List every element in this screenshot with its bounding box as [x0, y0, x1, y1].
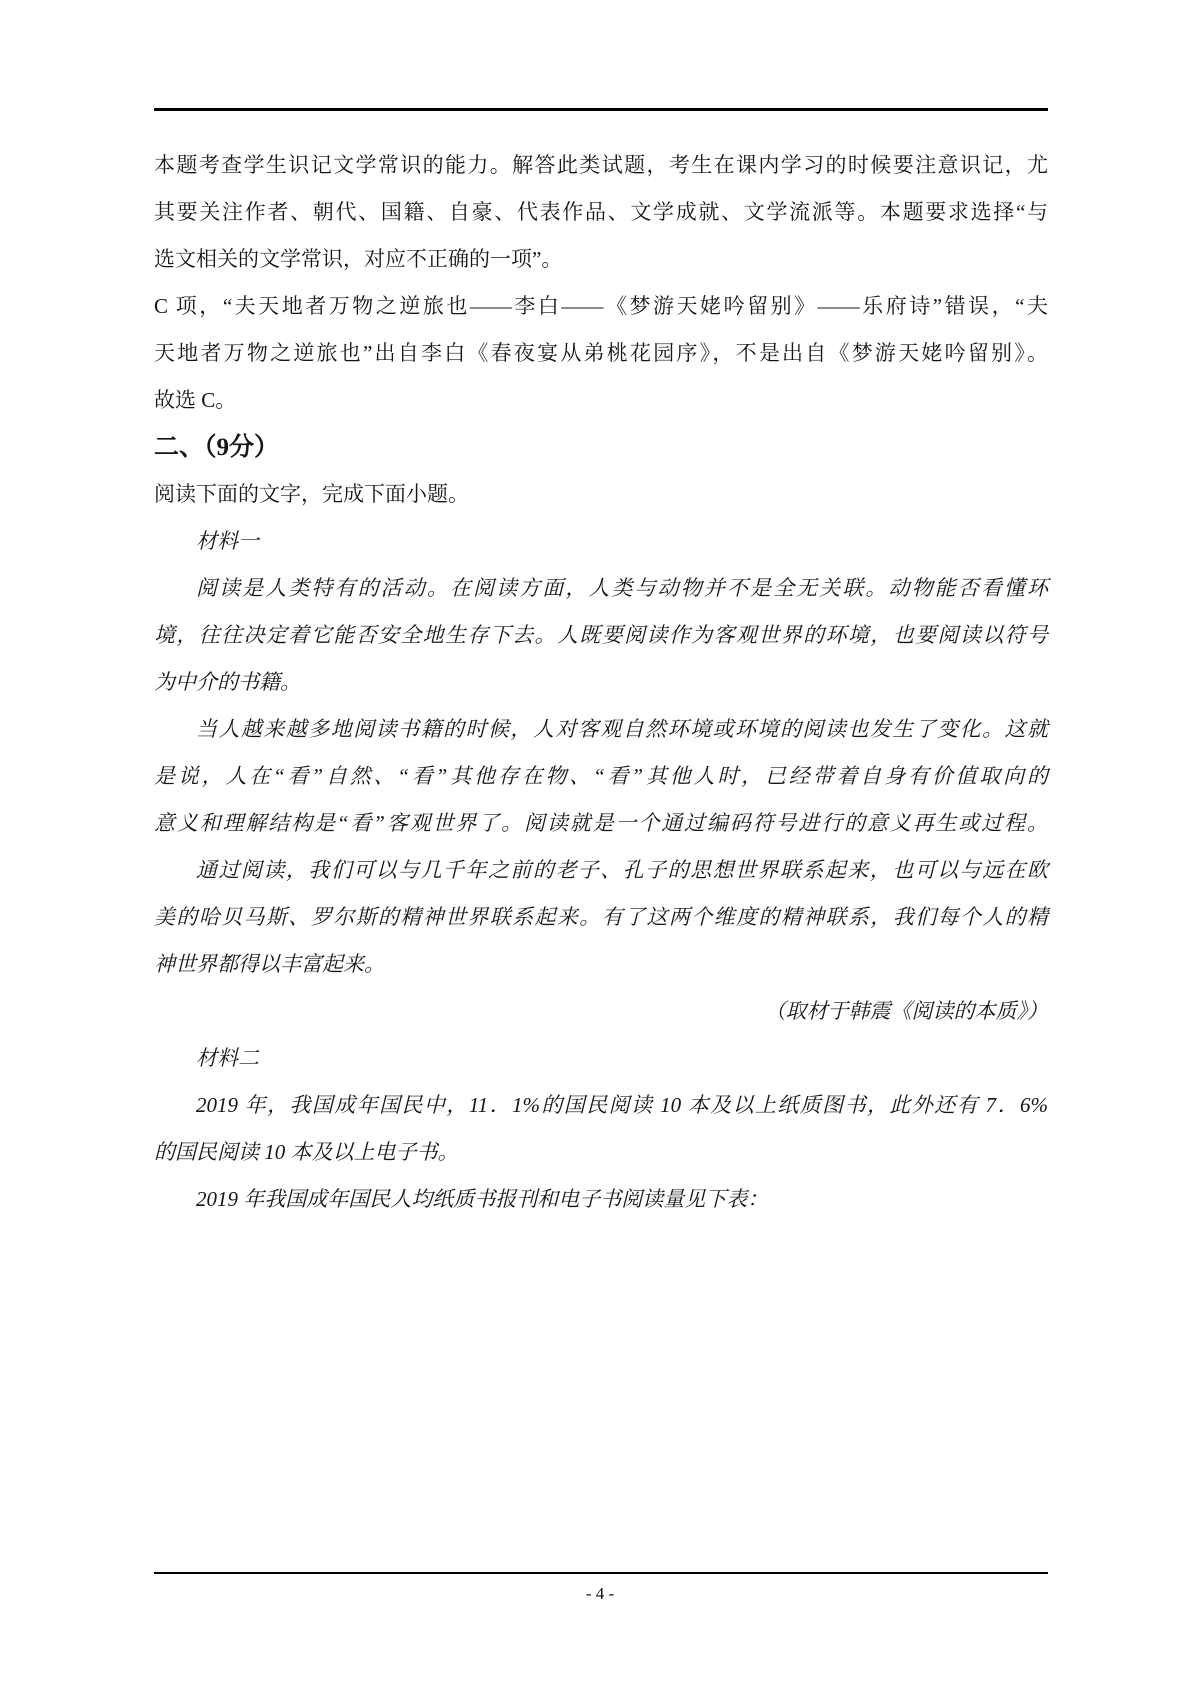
text-line: 美的哈贝马斯、罗尔斯的精神世界联系起来。有了这两个维度的精神联系，我们每个人的精	[154, 894, 1048, 941]
text-line: 是说，人在“看”自然、“看”其他存在物、“看”其他人时，已经带着自身有价值取向的	[154, 753, 1048, 800]
text-line: 选文相关的文学常识，对应不正确的一项”。	[154, 236, 1048, 283]
text-line: 阅读下面的文字，完成下面小题。	[154, 471, 1048, 518]
text-line: 二、（9分）	[154, 424, 1048, 471]
text-line: 境，往往决定着它能否安全地生存下去。人既要阅读作为客观世界的环境，也要阅读以符号	[154, 612, 1048, 659]
page-content: 本题考查学生识记文学常识的能力。解答此类试题，考生在课内学习的时候要注意识记，尤…	[154, 142, 1048, 1223]
text-line: 材料一	[154, 518, 1048, 565]
footer-rule	[154, 1572, 1048, 1574]
text-line: 故选 C。	[154, 377, 1048, 424]
text-line: 的国民阅读 10 本及以上电子书。	[154, 1129, 1048, 1176]
text-line: 阅读是人类特有的活动。在阅读方面，人类与动物并不是全无关联。动物能否看懂环	[154, 565, 1048, 612]
page-number: - 4 -	[0, 1584, 1200, 1604]
text-line: 天地者万物之逆旅也”出自李白《春夜宴从弟桃花园序》，不是出自《梦游天姥吟留别》。	[154, 330, 1048, 377]
text-line: 通过阅读，我们可以与几千年之前的老子、孔子的思想世界联系起来，也可以与远在欧	[154, 847, 1048, 894]
text-line: 2019 年，我国成年国民中，11．1%的国民阅读 10 本及以上纸质图书，此外…	[154, 1082, 1048, 1129]
header-rule	[154, 108, 1048, 111]
text-line: 为中介的书籍。	[154, 659, 1048, 706]
text-line: 神世界都得以丰富起来。	[154, 941, 1048, 988]
document-page: 本题考查学生识记文学常识的能力。解答此类试题，考生在课内学习的时候要注意识记，尤…	[0, 0, 1200, 1698]
text-line: 本题考查学生识记文学常识的能力。解答此类试题，考生在课内学习的时候要注意识记，尤	[154, 142, 1048, 189]
text-line: 其要关注作者、朝代、国籍、自豪、代表作品、文学成就、文学流派等。本题要求选择“与	[154, 189, 1048, 236]
text-line: C 项，“夫天地者万物之逆旅也——李白——《梦游天姥吟留别》——乐府诗”错误，“…	[154, 283, 1048, 330]
text-line: 当人越来越多地阅读书籍的时候，人对客观自然环境或环境的阅读也发生了变化。这就	[154, 706, 1048, 753]
text-line: （取材于韩震《阅读的本质》）	[154, 988, 1048, 1035]
text-line: 材料二	[154, 1035, 1048, 1082]
text-line: 意义和理解结构是“看”客观世界了。阅读就是一个通过编码符号进行的意义再生或过程。	[154, 800, 1048, 847]
text-line: 2019 年我国成年国民人均纸质书报刊和电子书阅读量见下表：	[154, 1176, 1048, 1223]
